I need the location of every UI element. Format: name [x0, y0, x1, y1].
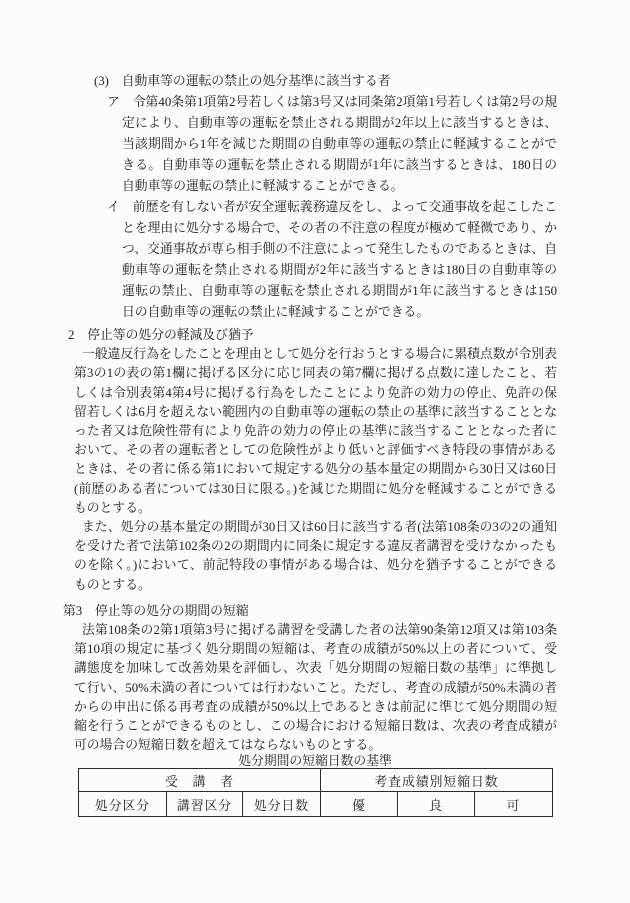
column-header: 処分日数 [243, 792, 321, 817]
paragraph: 法第108条の2第1項第3号に掲げる講習を受講した者の法第90条第12項又は第1… [63, 621, 557, 755]
header-group-trainee: 受 講 者 [79, 769, 321, 792]
paragraph: また、処分の基本量定の期間が30日又は60日に該当する者(法第108条の3の2の… [63, 518, 557, 595]
column-header: 優 [321, 792, 398, 817]
paragraph: ア 令第40条第1項第2号若しくは第3号又は同条第2項第1号若しくは第2号の規定… [63, 92, 557, 197]
column-header: 可 [475, 792, 553, 817]
paragraph: 一般違反行為をしたことを理由として処分を行おうとする場合に累積点数が令別表第3の… [63, 345, 557, 518]
document-body: (3) 自動車等の運転の禁止の処分基準に該当する者ア 令第40条第1項第2号若し… [63, 71, 557, 755]
document-page: (3) 自動車等の運転の禁止の処分基準に該当する者ア 令第40条第1項第2号若し… [0, 0, 630, 903]
section-heading: 2 停止等の処分の軽減及び猶予 [63, 326, 557, 345]
section-heading: 第3 停止等の処分の期間の短縮 [63, 602, 557, 621]
column-header: 講習区分 [167, 792, 243, 817]
header-group-exam-result-days: 考査成績別短縮日数 [321, 769, 553, 792]
table-caption: 処分期間の短縮日数の基準 [78, 755, 552, 768]
shortening-days-table: 受 講 者考査成績別短縮日数処分区分講習区分処分日数優良可 [78, 768, 553, 817]
paragraph: (3) 自動車等の運転の禁止の処分基準に該当する者 [63, 71, 557, 92]
column-header: 良 [398, 792, 475, 817]
column-header: 処分区分 [79, 792, 167, 817]
paragraph: イ 前歴を有しない者が安全運転義務違反をし、よって交通事故を起こしたことを理由に… [63, 197, 557, 323]
